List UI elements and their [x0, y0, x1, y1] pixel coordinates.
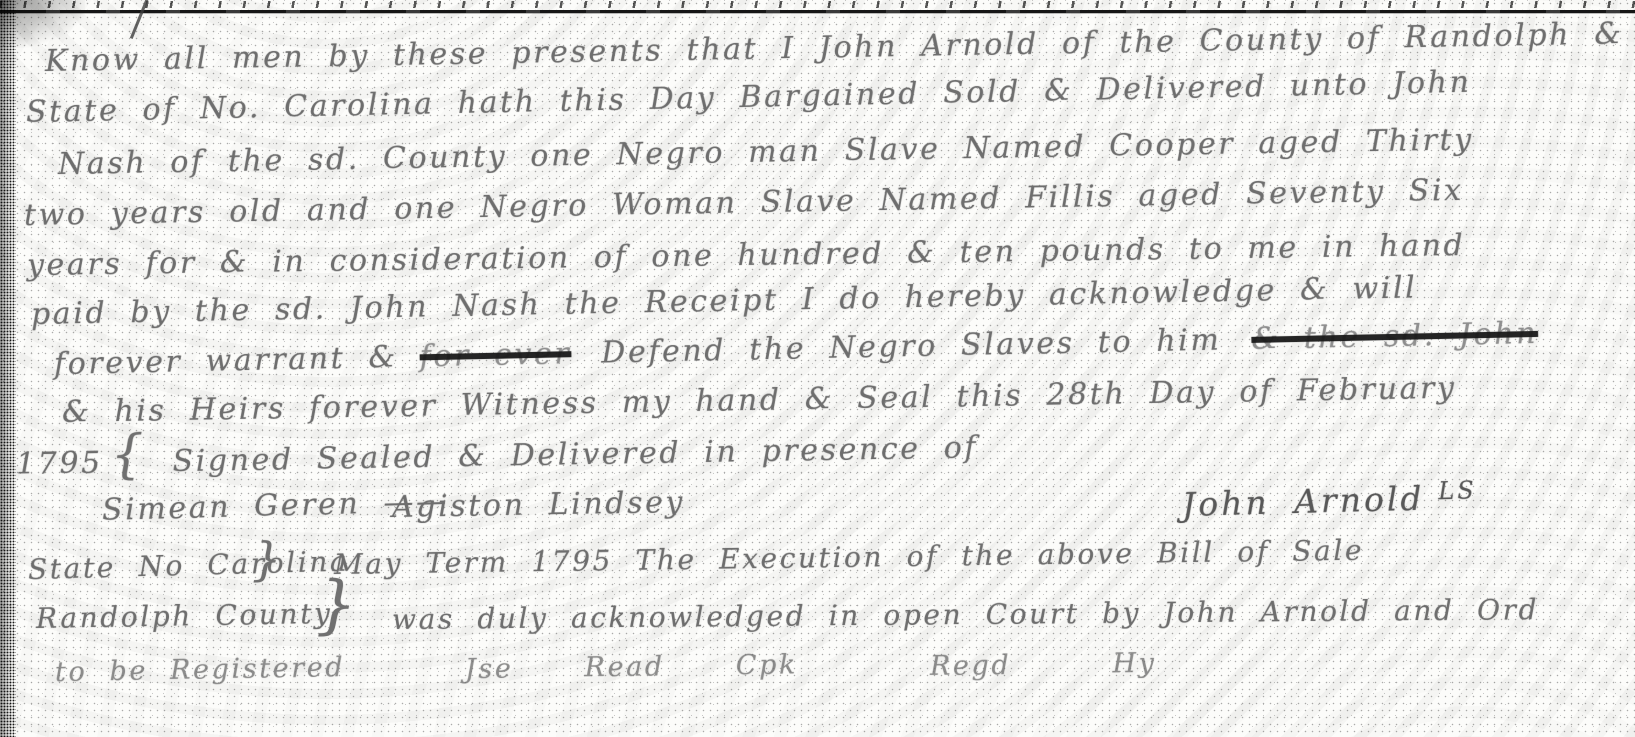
certification-state: State No Carolina — [28, 545, 350, 586]
line-7-text-b: Defend the Negro Slaves to him — [601, 323, 1222, 371]
attestation-line: 1795{Signed Sealed & Delivered in presen… — [16, 420, 979, 482]
open-brace-icon: { — [110, 435, 146, 477]
left-edge-shadow — [0, 0, 16, 737]
registration-note: to be Registered — [55, 652, 346, 688]
top-left-corner-shadow — [0, 0, 85, 48]
handwritten-line-4: two years old and one Negro Woman Slave … — [24, 173, 1464, 233]
line-7-text-a: forever warrant & — [54, 340, 398, 382]
handwritten-line-8: & his Heirs forever Witness my hand & Se… — [62, 371, 1457, 430]
attestation-year: 1795 — [16, 445, 103, 482]
certification-county: Randolph County — [36, 597, 333, 635]
strikethrough-word-1: for ever — [419, 336, 571, 374]
witness-signature-2: Agiston Lindsey — [392, 485, 686, 525]
state-brace-icon: } — [252, 541, 284, 578]
attestation-text: Signed Sealed & Delivered in presence of — [172, 430, 978, 479]
county-brace-icon: } — [316, 580, 359, 631]
grantor-signature: John ArnoldLS — [1181, 476, 1477, 524]
clerk-signature: Jse Read Cpk — [465, 649, 798, 685]
certification-line-1: May Term 1795 The Execution of the above… — [334, 534, 1365, 581]
grantor-signature-name: John Arnold — [1182, 479, 1425, 524]
ledger-edge-ticks — [0, 1, 1635, 8]
ledger-rule-line — [0, 10, 1635, 13]
scanned-document-page: Know all men by these presents that I Jo… — [0, 0, 1635, 737]
strikethrough-word-2: & the sd. John — [1251, 316, 1538, 357]
handwritten-line-3: Nash of the sd. County one Negro man Sla… — [58, 122, 1474, 182]
certification-line-2: was duly acknowledged in open Court by J… — [392, 593, 1539, 636]
seal-mark: LS — [1438, 476, 1477, 505]
registration-mark: Regd Hy — [930, 648, 1157, 682]
